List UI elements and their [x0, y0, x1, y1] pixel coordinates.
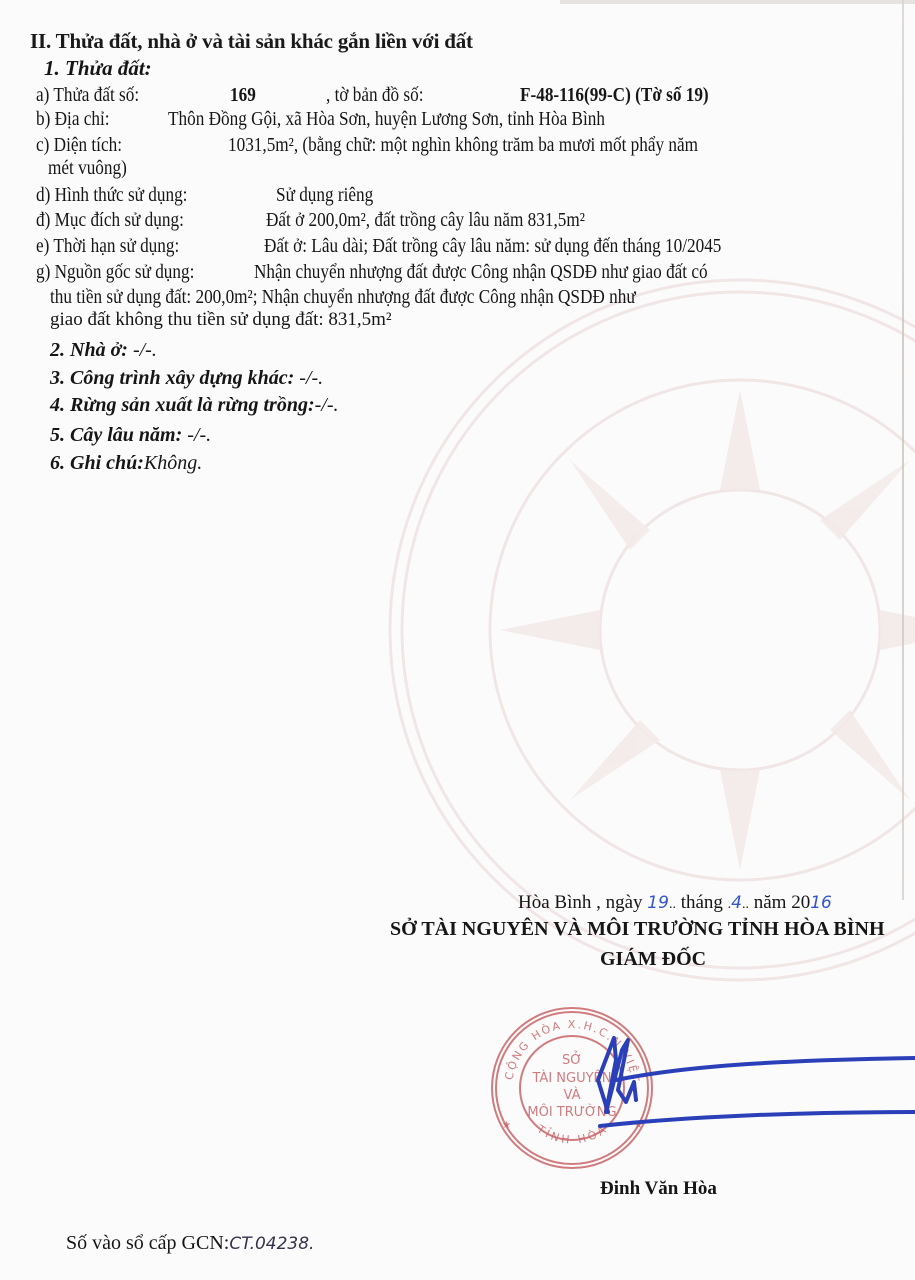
origin-label: g) Nguồn gốc sử dụng: — [36, 261, 194, 284]
item-notes: 6. Ghi chú:Không. — [50, 452, 202, 475]
item-notes-value: Không. — [144, 452, 202, 474]
registry-line: Số vào sổ cấp GCN:CT.04238. — [66, 1232, 314, 1255]
origin-line-1: Nhận chuyển nhượng đất được Công nhận QS… — [254, 261, 708, 284]
signer-name: Đinh Văn Hòa — [600, 1178, 717, 1200]
paper-top-shadow — [560, 0, 915, 4]
item-other-construction-label: 3. Công trình xây dựng khác: — [50, 367, 294, 389]
registry-label: Số vào sổ cấp GCN: — [66, 1232, 229, 1254]
address-label: b) Địa chỉ: — [36, 108, 110, 131]
parcel-number-label: a) Thửa đất số: — [36, 84, 139, 107]
director-signature-icon — [570, 1020, 915, 1130]
map-sheet-number: F-48-116(99-C) (Tờ số 19) — [520, 84, 709, 107]
date-day: 19 — [647, 893, 669, 913]
item-house-value: -/-. — [128, 339, 157, 361]
svg-text:★: ★ — [502, 1120, 511, 1131]
certificate-page: II. Thửa đất, nhà ở và tài sản khác gắn … — [0, 0, 915, 1280]
item-other-construction-value: -/-. — [294, 367, 323, 389]
date-year-suffix: 16 — [810, 893, 832, 913]
origin-line-2: thu tiền sử dụng đất: 200,0m²; Nhận chuy… — [50, 286, 636, 309]
usage-form-value: Sử dụng riêng — [276, 184, 373, 207]
land-parcel-heading: 1. Thửa đất: — [44, 56, 152, 81]
section-heading: II. Thửa đất, nhà ở và tài sản khác gắn … — [30, 29, 473, 54]
issuing-agency: SỞ TÀI NGUYÊN VÀ MÔI TRƯỜNG TỈNH HÒA BÌN… — [390, 918, 885, 941]
item-planted-forest-value: -/-. — [315, 394, 339, 416]
signer-position: GIÁM ĐỐC — [600, 948, 706, 971]
item-house-label: 2. Nhà ở: — [50, 339, 128, 361]
usage-form-label: d) Hình thức sử dụng: — [36, 184, 187, 207]
item-house: 2. Nhà ở: -/-. — [50, 339, 157, 362]
origin-line-3: giao đất không thu tiền sử dụng đất: 831… — [50, 309, 392, 331]
address-value: Thôn Đồng Gội, xã Hòa Sơn, huyện Lương S… — [168, 108, 605, 131]
area-label: c) Diện tích: — [36, 134, 122, 157]
item-planted-forest: 4. Rừng sản xuất là rừng trồng:-/-. — [50, 394, 339, 417]
date-month: 4 — [731, 893, 742, 913]
item-perennial-trees: 5. Cây lâu năm: -/-. — [50, 424, 211, 447]
paper-fold-edge — [902, 0, 904, 900]
item-other-construction: 3. Công trình xây dựng khác: -/-. — [50, 367, 323, 390]
date-place: Hòa Bình , ngày — [518, 892, 643, 913]
date-line: Hòa Bình , ngày 19.. tháng .4.. năm 2016 — [518, 892, 832, 914]
purpose-label: đ) Mục đích sử dụng: — [36, 209, 184, 232]
purpose-value: Đất ở 200,0m², đất trồng cây lâu năm 831… — [266, 209, 585, 232]
date-year-label: năm 20 — [754, 892, 810, 913]
item-perennial-trees-value: -/-. — [182, 424, 211, 446]
parcel-number: 169 — [230, 84, 256, 107]
term-value: Đất ở: Lâu dài; Đất trồng cây lâu năm: s… — [264, 235, 721, 258]
item-planted-forest-label: 4. Rừng sản xuất là rừng trồng: — [50, 394, 315, 416]
emblem-watermark-icon — [380, 270, 915, 990]
registry-number: CT.04238. — [229, 1234, 314, 1254]
item-perennial-trees-label: 5. Cây lâu năm: — [50, 424, 182, 446]
map-sheet-label: , tờ bản đồ số: — [326, 84, 423, 107]
area-value-cont: mét vuông) — [48, 157, 127, 180]
term-label: e) Thời hạn sử dụng: — [36, 235, 179, 258]
item-notes-label: 6. Ghi chú: — [50, 452, 144, 474]
area-value: 1031,5m², (bằng chữ: một nghìn không tră… — [228, 134, 698, 157]
date-month-label: tháng — [681, 892, 723, 913]
